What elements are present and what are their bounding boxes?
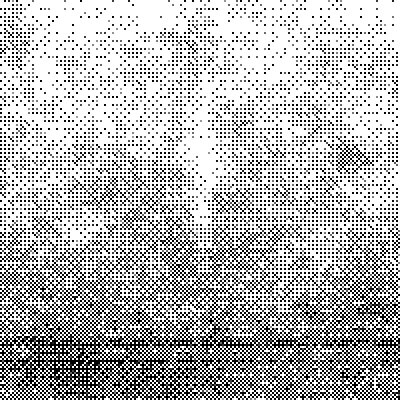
halftone-texture-stage bbox=[0, 0, 400, 400]
halftone-texture-canvas bbox=[0, 0, 400, 400]
